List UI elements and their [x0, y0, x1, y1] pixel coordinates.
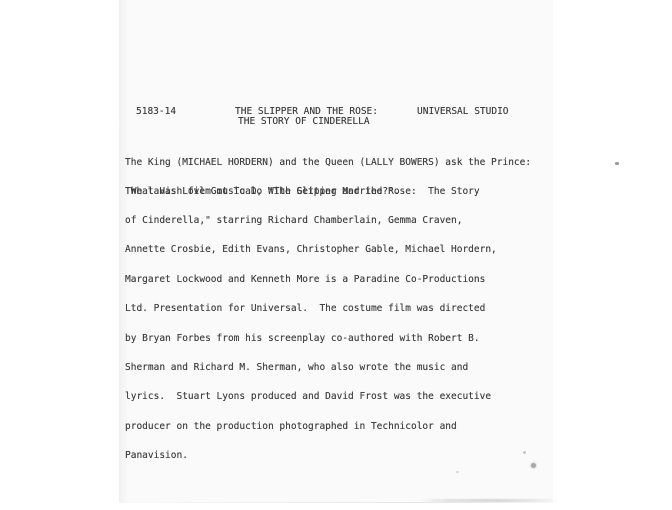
synopsis-line: Annette Crosbie, Edith Evans, Christophe… [125, 245, 497, 255]
synopsis-paragraph: The lavish film musical, "The Slipper an… [125, 167, 497, 481]
scan-speck [523, 451, 526, 454]
synopsis-line: The lavish film musical, "The Slipper an… [125, 187, 497, 197]
production-number: 5183-14 [136, 107, 176, 117]
synopsis-line: Margaret Lockwood and Kenneth More is a … [125, 275, 497, 285]
scan-speck [531, 463, 536, 468]
film-title-line2: THE STORY OF CINDERELLA [238, 117, 370, 127]
synopsis-line: Panavision. [125, 451, 497, 461]
scan-speck [456, 471, 459, 473]
caption-line: The King (MICHAEL HORDERN) and the Queen… [125, 158, 531, 168]
synopsis-line: Sherman and Richard M. Sherman, who also… [125, 363, 497, 373]
synopsis-line: by Bryan Forbes from his screenplay co-a… [125, 334, 497, 344]
synopsis-line: Ltd. Presentation for Universal. The cos… [125, 304, 497, 314]
synopsis-line: lyrics. Stuart Lyons produced and David … [125, 392, 497, 402]
scanned-press-sheet: 5183-14 THE SLIPPER AND THE ROSE: UNIVER… [0, 0, 672, 510]
studio-name: UNIVERSAL STUDIO [417, 107, 509, 117]
synopsis-line: of Cinderella," starring Richard Chamber… [125, 216, 497, 226]
page-bottom-shadow [419, 499, 559, 502]
document-page: 5183-14 THE SLIPPER AND THE ROSE: UNIVER… [119, 0, 553, 503]
scan-speck [615, 162, 619, 165]
synopsis-line: producer on the production photographed … [125, 422, 497, 432]
